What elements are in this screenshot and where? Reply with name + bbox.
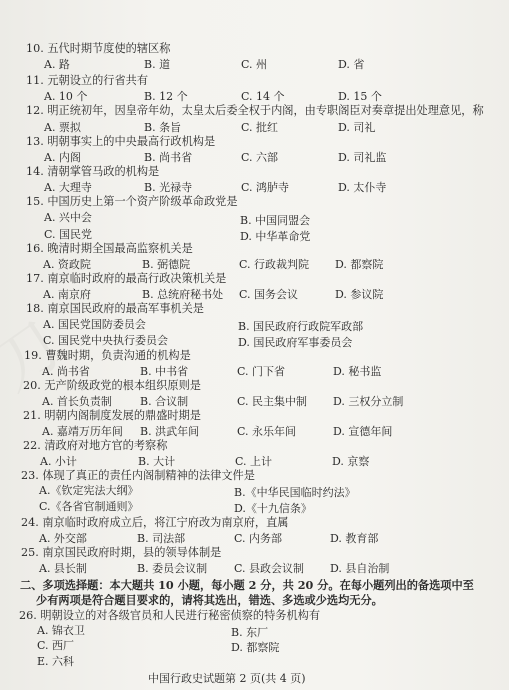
question-15: 15. 中国历史上第一个资产阶级革命政党是 xyxy=(26,195,238,208)
question-25: 25. 南京国民政府时期，县的领导体制是 xyxy=(21,546,221,559)
question-22: 22. 清政府对地方官的考察称 xyxy=(23,439,167,452)
exam-page: 刀 10. 五代时期节度使的辖区称 A. 路 B. 道 C. 州 D. 省 11… xyxy=(0,0,509,690)
question-10: 10. 五代时期节度使的辖区称 xyxy=(26,42,170,55)
question-18: 18. 南京国民政府的最高军事机关是 xyxy=(26,302,204,315)
question-20: 20. 无产阶级政党的根本组织原则是 xyxy=(23,379,201,392)
question-19: 19. 曹魏时期，负责沟通的机构是 xyxy=(24,349,191,362)
question-26: 26. 明朝设立的对各级官员和人民进行秘密侦察的特务机构有 xyxy=(19,609,320,622)
question-21: 21. 明朝内阁制度发展的鼎盛时期是 xyxy=(23,409,201,422)
question-11: 11. 元朝设立的行省共有 xyxy=(26,74,148,87)
question-14: 14. 清朝掌管马政的机构是 xyxy=(26,165,159,178)
question-17: 17. 南京临时政府的最高行政决策机关是 xyxy=(26,272,226,285)
section-2-instructions: 少有两项是符合题目要求的，请将其选出，错选、多选或少选均无分。 xyxy=(36,593,383,607)
question-16: 16. 晚清时期全国最高监察机关是 xyxy=(26,242,193,255)
section-2-heading: 二、多项选择题：本大题共 10 小题，每小题 2 分，共 20 分。在每小题列出… xyxy=(20,578,474,592)
question-13: 13. 明朝事实上的中央最高行政机构是 xyxy=(26,135,215,148)
page-footer: 中国行政史试题第 2 页(共 4 页) xyxy=(148,670,306,686)
question-23: 23. 体现了真正的责任内阁制精神的法律文件是 xyxy=(21,469,255,482)
question-24: 24. 南京临时政府成立后，将江宁府改为南京府，直属 xyxy=(21,516,289,529)
question-12: 12. 明正统初年，因皇帝年幼，太皇太后委全权于内阁，由专职阁臣对奏章提出处理意… xyxy=(26,104,484,117)
